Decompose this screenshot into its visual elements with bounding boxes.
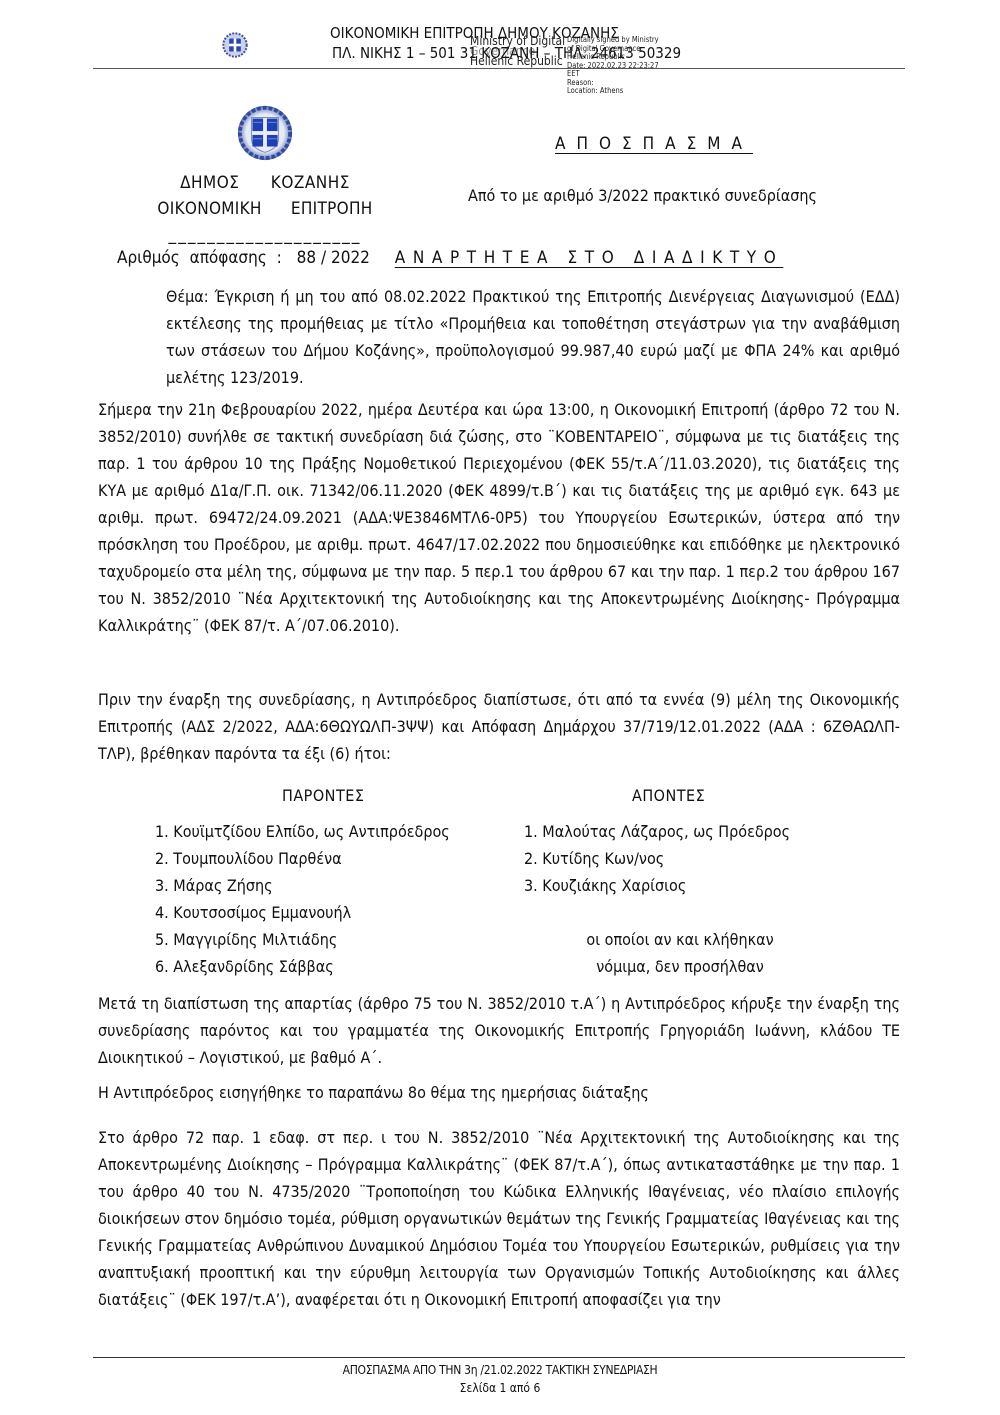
list-item: 3. Μάρας Ζήσης (155, 872, 450, 899)
org-underline: ____________________ (120, 222, 410, 248)
signature-location: Location: Athens (567, 87, 659, 96)
list-item: 1. Κουϊμτζίδου Ελπίδο, ως Αντιπρόεδρος (155, 818, 450, 845)
posting-notice: ΑΝΑΡΤΗΤΕΑ ΣΤΟ ΔΙΑΔΙΚΤΥΟ (395, 248, 784, 268)
footer-divider (93, 1357, 905, 1358)
signature-date: Date: 2022.02.23 22:23:27 (567, 62, 659, 71)
legal-basis-paragraph: Στο άρθρο 72 παρ. 1 εδαφ. στ περ. ι του … (98, 1124, 900, 1313)
document-title: ΑΠΟΣΠΑΣΜΑ (555, 134, 753, 154)
organization-block: ΔΗΜΟΣ ΚΟΖΑΝΗΣ ΟΙΚΟΝΟΜΙΚΗ ΕΠΙΤΡΟΠΗ ______… (120, 170, 410, 248)
quorum-paragraph: Πριν την έναρξη της συνεδρίασης, η Αντιπ… (98, 686, 900, 767)
present-members-list: 1. Κουϊμτζίδου Ελπίδο, ως Αντιπρόεδρος 2… (155, 818, 450, 980)
greek-coat-of-arms-icon (236, 104, 294, 162)
decision-number-label: Αριθμός απόφασης : (117, 248, 282, 268)
digital-signature-stamp[interactable]: Ministry of Digital Governance, Hellenic… (470, 36, 565, 66)
committee-name: ΟΙΚΟΝΟΜΙΚΗ ΕΠΙΤΡΟΠΗ (120, 196, 410, 222)
subject-paragraph: Θέμα: Έγκριση ή μη του από 08.02.2022 Πρ… (166, 283, 900, 391)
agenda-item-paragraph: Η Αντιπρόεδρος εισηγήθηκε το παραπάνω 8ο… (98, 1079, 900, 1106)
list-item: 5. Μαγγιρίδης Μιλτιάδης (155, 926, 450, 953)
absent-note-line: νόμιμα, δεν προσήλθαν (510, 953, 850, 980)
absent-note-line: οι οποίοι αν και κλήθηκαν (510, 926, 850, 953)
session-opening-paragraph: Μετά τη διαπίστωση της απαρτίας (άρθρο 7… (98, 990, 900, 1071)
list-item: 2. Κυτίδης Κων/νος (524, 845, 790, 872)
header-divider (93, 68, 905, 69)
list-item: 2. Τουμπουλίδου Παρθένα (155, 845, 450, 872)
meeting-intro-paragraph: Σήμερα την 21η Φεβρουαρίου 2022, ημέρα Δ… (98, 396, 900, 639)
signature-overlay-line: Governance, (470, 46, 565, 56)
list-item: 3. Κουζιάκης Χαρίσιος (524, 872, 790, 899)
absent-heading: ΑΠΟΝΤΕΣ (632, 786, 705, 805)
list-item: 4. Κουτσοσίμος Εμμανουήλ (155, 899, 450, 926)
footer-session-title: ΑΠΟΣΠΑΣΜΑ ΑΠΟ ΤΗΝ 3η /21.02.2022 ΤΑΚΤΙΚΗ… (0, 1363, 1000, 1377)
decision-number-line: Αριθμός απόφασης : 88 / 2022 ΑΝΑΡΤΗΤΕΑ Σ… (117, 248, 783, 268)
page-number: Σελίδα 1 από 6 (0, 1381, 1000, 1395)
decision-number: 88 / 2022 (297, 248, 370, 268)
greek-coat-of-arms-icon (222, 32, 248, 58)
absent-members-list: 1. Μαλούτας Λάζαρος, ως Πρόεδρος 2. Κυτί… (524, 818, 790, 899)
digital-signature-details: Digitally signed by Ministry of Digital … (567, 36, 659, 96)
list-item: 6. Αλεξανδρίδης Σάββας (155, 953, 450, 980)
minutes-reference: Από το με αριθμό 3/2022 πρακτικό συνεδρί… (468, 186, 817, 205)
municipality-name: ΔΗΜΟΣ ΚΟΖΑΝΗΣ (120, 170, 410, 196)
list-item: 1. Μαλούτας Λάζαρος, ως Πρόεδρος (524, 818, 790, 845)
absent-note: οι οποίοι αν και κλήθηκαν νόμιμα, δεν πρ… (510, 926, 850, 980)
present-heading: ΠΑΡΟΝΤΕΣ (282, 786, 364, 805)
